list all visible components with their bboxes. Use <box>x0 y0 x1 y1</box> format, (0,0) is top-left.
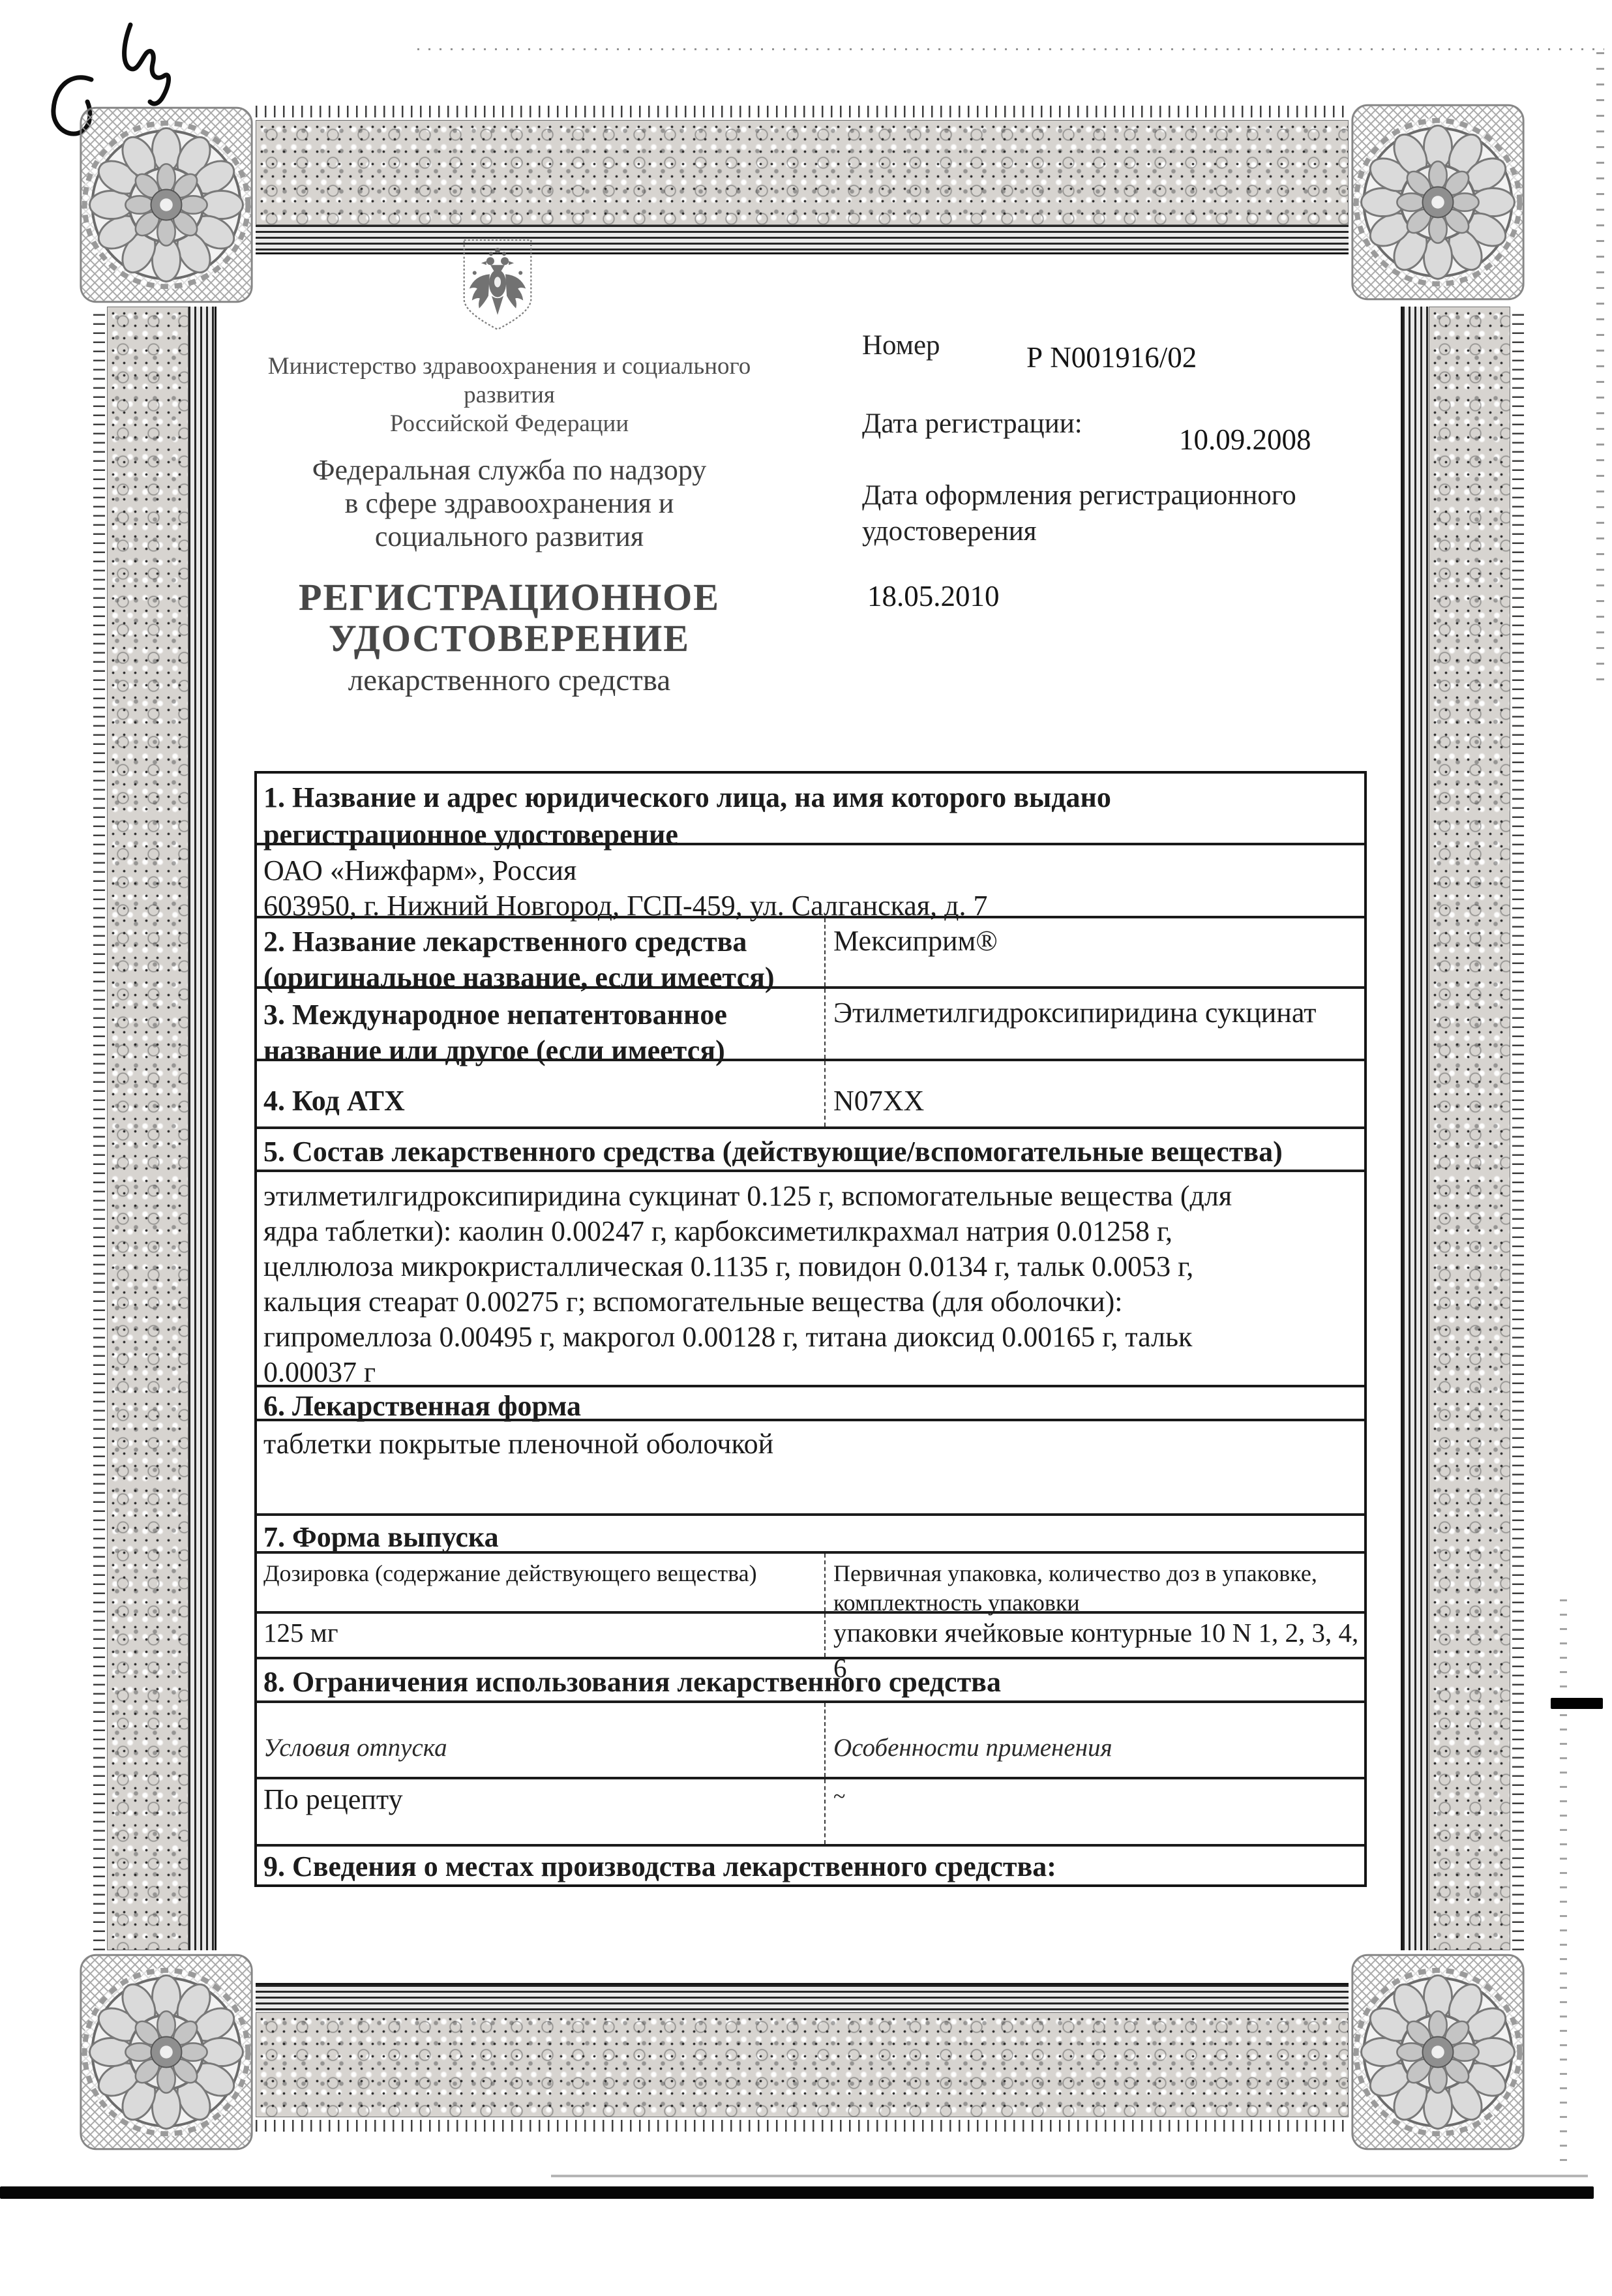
row3: 3. Международное непатентованное названи… <box>257 989 1364 1061</box>
border-bottom-ornament <box>256 2012 1349 2117</box>
row4: 4. Код АТХ N07XX <box>257 1061 1364 1129</box>
scan-edge-ticks-lower-right <box>1560 1599 1567 2173</box>
row9-header: 9. Сведения о местах производства лекарс… <box>257 1847 1364 1884</box>
row1-header: 1. Название и адрес юридического лица, н… <box>257 774 1364 845</box>
document-subtitle: лекарственного средства <box>252 663 767 698</box>
row7-subheaders: Дозировка (содержание действующего вещес… <box>257 1554 1364 1614</box>
document-title-text: РЕГИСТРАЦИОННОЕ УДОСТОВЕРЕНИЕ <box>252 577 767 659</box>
scanned-registration-certificate: Министерство здравоохранения и социально… <box>0 0 1612 2296</box>
row8-values: По рецепту ~ <box>257 1779 1364 1847</box>
number-label: Номер <box>862 329 940 361</box>
ministry-text: Министерство здравоохранения и социально… <box>252 352 767 438</box>
row8-header: 8. Ограничения использования лекарственн… <box>257 1659 1364 1703</box>
dosage-form-text: таблетки покрытые пленочной оболочкой <box>257 1427 1364 1462</box>
dispensing-conditions-label: Условия отпуска <box>257 1703 826 1777</box>
border-top-band <box>256 103 1349 254</box>
holder-name-address: ОАО «Нижфарм», Россия 603950, г. Нижний … <box>257 853 1364 924</box>
registration-date-label: Дата регистрации: <box>862 408 1082 440</box>
issue-date-label: Дата оформления регистрационного удостов… <box>862 477 1371 549</box>
border-left-ornament <box>107 307 188 1950</box>
document-title: РЕГИСТРАЦИОННОЕ УДОСТОВЕРЕНИЕ <box>252 577 767 659</box>
scan-edge-ticks-upper-right <box>1596 52 1604 691</box>
border-right-band <box>1401 307 1526 1950</box>
dosage-value: 125 мг <box>257 1614 826 1657</box>
coat-of-arms-icon <box>455 235 541 337</box>
border-rosette-bottom-left-icon <box>77 1949 256 2155</box>
row6-header: 6. Лекарственная форма <box>257 1387 1364 1421</box>
atc-code-value: N07XX <box>826 1061 1364 1126</box>
number-value: Р N001916/02 <box>1026 340 1197 374</box>
border-right-ticks <box>1510 307 1526 1950</box>
row6-value: таблетки покрытые пленочной оболочкой <box>257 1421 1364 1516</box>
ministry-name: Министерство здравоохранения и социально… <box>252 352 767 438</box>
scan-smudge-line <box>551 2175 1588 2177</box>
border-top-ornament <box>256 120 1349 225</box>
dispensing-conditions-value: По рецепту <box>257 1779 826 1844</box>
row2-label: 2. Название лекарственного средства (ори… <box>257 918 826 986</box>
border-rosette-bottom-right-icon <box>1349 1949 1527 2155</box>
row6-header-text: 6. Лекарственная форма <box>257 1389 1364 1424</box>
row5-header-text: 5. Состав лекарственного средства (дейст… <box>257 1134 1364 1170</box>
row5-value: этилметилгидроксипиридина сукцинат 0.125… <box>257 1172 1364 1387</box>
drug-name-value: Мексиприм® <box>826 918 1364 986</box>
package-col-header: Первичная упаковка, количество доз в упа… <box>826 1554 1364 1611</box>
border-left-band <box>91 307 216 1950</box>
border-bottom-ticks <box>256 2117 1349 2134</box>
border-rosette-top-right-icon <box>1349 99 1527 305</box>
composition-text: этилметилгидроксипиридина сукцинат 0.125… <box>257 1179 1364 1390</box>
package-value: упаковки ячейковые контурные 10 N 1, 2, … <box>826 1614 1364 1657</box>
border-bottom-band <box>256 1983 1349 2134</box>
row1-value: ОАО «Нижфарм», Россия 603950, г. Нижний … <box>257 845 1364 918</box>
row8-subheaders: Условия отпуска Особенности применения <box>257 1703 1364 1779</box>
application-features-value: ~ <box>826 1779 1364 1844</box>
scan-registration-dash <box>1551 1698 1603 1709</box>
row7-header-text: 7. Форма выпуска <box>257 1520 1364 1555</box>
federal-service-name: Федеральная служба по надзору в сфере зд… <box>252 453 767 553</box>
registration-date-value: 10.09.2008 <box>1179 423 1311 457</box>
row7-header: 7. Форма выпуска <box>257 1516 1364 1554</box>
inn-value: Этилметилгидроксипиридина сукцинат <box>826 989 1364 1059</box>
border-right-lines <box>1401 307 1429 1950</box>
issue-date-value: 18.05.2010 <box>867 579 1000 613</box>
row8-header-text: 8. Ограничения использования лекарственн… <box>257 1665 1364 1700</box>
border-left-ticks <box>91 307 107 1950</box>
border-right-ornament <box>1429 307 1510 1950</box>
document-subtitle-text: лекарственного средства <box>252 663 767 698</box>
row1-header-text: 1. Название и адрес юридического лица, н… <box>257 779 1364 853</box>
application-features-label: Особенности применения <box>826 1703 1364 1777</box>
row9-header-text: 9. Сведения о местах производства лекарс… <box>257 1849 1364 1884</box>
border-top-ticks <box>256 103 1349 120</box>
border-top-lines <box>256 225 1349 254</box>
scan-dotted-edge-top <box>417 48 1604 50</box>
row7-values: 125 мг упаковки ячейковые контурные 10 N… <box>257 1614 1364 1659</box>
border-rosette-top-left-icon <box>77 102 256 308</box>
registration-table: 1. Название и адрес юридического лица, н… <box>254 771 1367 1887</box>
row4-label: 4. Код АТХ <box>257 1061 826 1126</box>
dosage-col-header: Дозировка (содержание действующего вещес… <box>257 1554 826 1611</box>
federal-service-text: Федеральная служба по надзору в сфере зд… <box>252 453 767 553</box>
row5-header: 5. Состав лекарственного средства (дейст… <box>257 1129 1364 1172</box>
row3-label: 3. Международное непатентованное названи… <box>257 989 826 1059</box>
border-left-lines <box>188 307 216 1950</box>
row2: 2. Название лекарственного средства (ори… <box>257 918 1364 989</box>
scanner-edge-bar <box>0 2186 1594 2199</box>
border-bottom-lines <box>256 1983 1349 2012</box>
